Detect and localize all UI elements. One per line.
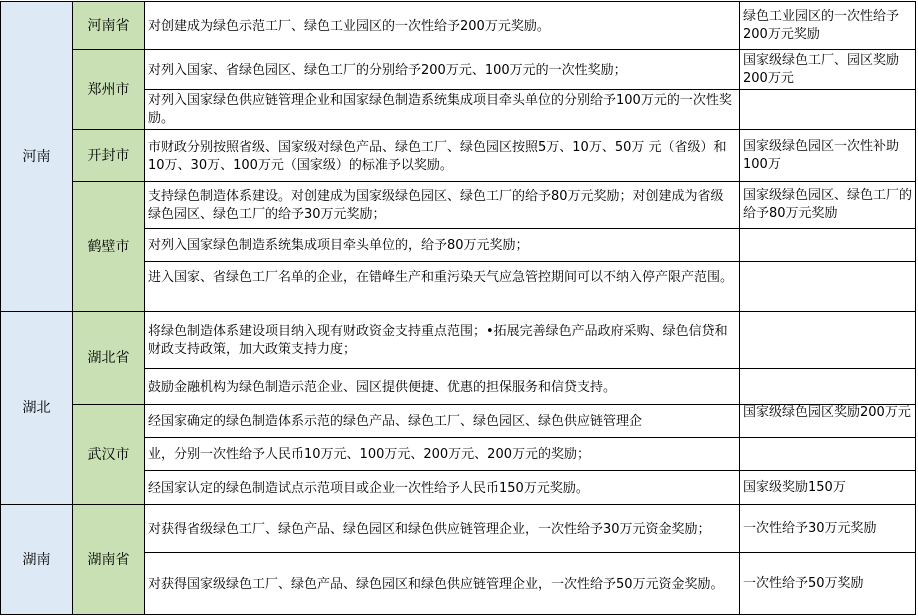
award-cell: 一次性给予30万元奖励 [740, 505, 916, 553]
policy-text: 对创建成为绿色示范工厂、绿色工业园区的一次性给予200万元奖励。 [148, 18, 550, 36]
award-text: 国家级奖励150万 [743, 479, 846, 497]
policy-cell: 进入国家、省绿色工厂名单的企业，在错峰生产和重污染天气应急管控期间可以不纳入停产… [145, 262, 740, 312]
award-cell: 国家级绿色工厂、园区奖励200万元 [740, 50, 916, 90]
city-label: 鹤壁市 [88, 238, 130, 256]
region-label: 湖北 [23, 399, 51, 417]
award-cell: 国家级绿色园区一次性补助100万 [740, 130, 916, 182]
award-text: 国家级绿色园区一次性补助100万 [743, 138, 912, 174]
policy-text: 经国家确定的绿色制造体系示范的绿色产品、绿色工厂、绿色园区、绿色供应链管理企 [148, 413, 642, 431]
award-text: 一次性给予50万奖励 [743, 575, 864, 593]
region-label: 湖南 [23, 551, 51, 569]
award-cell: 国家级绿色园区奖励200万元 [740, 405, 916, 438]
award-cell: 国家级绿色园区、绿色工厂的给予80万元奖励 [740, 182, 916, 229]
city-cell-zhengzhou: 郑州市 [73, 50, 145, 130]
policy-text: 经国家认定的绿色制造试点示范项目或企业一次性给予人民币150万元奖励。 [148, 480, 589, 498]
award-cell [740, 312, 916, 369]
policy-cell: 鼓励金融机构为绿色制造示范企业、园区提供便捷、优惠的担保服务和信贷支持。 [145, 369, 740, 405]
policy-cell: 对列入国家绿色供应链管理企业和国家绿色制造系统集成项目牵头单位的分别给予100万… [145, 90, 740, 130]
policy-cell: 经国家认定的绿色制造试点示范项目或企业一次性给予人民币150万元奖励。 [145, 471, 740, 505]
award-cell: 国家级奖励150万 [740, 471, 916, 505]
award-text: 国家级绿色园区、绿色工厂的给予80万元奖励 [743, 187, 912, 223]
region-cell-henan: 河南 [0, 1, 73, 312]
policy-cell: 对获得省级绿色工厂、绿色产品、绿色园区和绿色供应链管理企业，一次性给予30万元资… [145, 505, 740, 553]
policy-cell: 对列入国家绿色制造系统集成项目牵头单位的，给予80万元奖励； [145, 229, 740, 262]
award-text: 绿色工业园区的一次性给予200万元奖励 [743, 8, 912, 44]
award-cell: 绿色工业园区的一次性给予200万元奖励 [740, 1, 916, 50]
policy-text: 对获得省级绿色工厂、绿色产品、绿色园区和绿色供应链管理企业，一次性给予30万元资… [148, 521, 711, 539]
policy-cell: 业，分别一次性给予人民币10万元、100万元、200万元、200万元的奖励； [145, 438, 740, 471]
award-cell [740, 369, 916, 405]
city-label: 开封市 [88, 147, 130, 165]
region-cell-hubei: 湖北 [0, 312, 73, 505]
policy-text: 对列入国家、省绿色园区、绿色工厂的分别给予200万元、100万元的一次性奖励； [148, 62, 627, 80]
city-cell-hunan-province: 湖南省 [73, 505, 145, 615]
policy-cell: 市财政分别按照省级、国家级对绿色产品、绿色工厂、绿色园区按照5万、10万、50万… [145, 130, 740, 182]
award-cell: 一次性给予50万奖励 [740, 553, 916, 615]
policy-cell: 对创建成为绿色示范工厂、绿色工业园区的一次性给予200万元奖励。 [145, 1, 740, 50]
policy-text: 支持绿色制造体系建设。对创建成为国家级绿色园区、绿色工厂的给予80万元奖励；对创… [148, 188, 736, 224]
region-cell-hunan: 湖南 [0, 505, 73, 615]
region-label: 河南 [23, 148, 51, 166]
city-cell-hubei-province: 湖北省 [73, 312, 145, 405]
award-cell [740, 90, 916, 130]
policy-text: 市财政分别按照省级、国家级对绿色产品、绿色工厂、绿色园区按照5万、10万、50万… [148, 139, 736, 175]
award-cell [740, 438, 916, 471]
city-label: 郑州市 [88, 81, 130, 99]
city-cell-hebi: 鹤壁市 [73, 182, 145, 312]
city-label: 湖南省 [88, 551, 130, 569]
policy-cell: 将绿色制造体系建设项目纳入现有财政资金支持重点范围；•拓展完善绿色产品政府采购、… [145, 312, 740, 369]
policy-text: 进入国家、省绿色工厂名单的企业，在错峰生产和重污染天气应急管控期间可以不纳入停产… [148, 269, 733, 287]
award-text: 国家级绿色园区奖励200万元 [743, 405, 911, 420]
policy-text: 对列入国家绿色供应链管理企业和国家绿色制造系统集成项目牵头单位的分别给予100万… [148, 92, 736, 128]
policy-cell: 经国家确定的绿色制造体系示范的绿色产品、绿色工厂、绿色园区、绿色供应链管理企 [145, 405, 740, 438]
city-cell-kaifeng: 开封市 [73, 130, 145, 182]
policy-text: 鼓励金融机构为绿色制造示范企业、园区提供便捷、优惠的担保服务和信贷支持。 [148, 379, 616, 397]
policy-text: 对列入国家绿色制造系统集成项目牵头单位的，给予80万元奖励； [148, 237, 529, 255]
policy-text: 将绿色制造体系建设项目纳入现有财政资金支持重点范围；•拓展完善绿色产品政府采购、… [148, 323, 736, 359]
city-cell-henan-province: 河南省 [73, 1, 145, 50]
policy-text: 对获得国家级绿色工厂、绿色产品、绿色园区和绿色供应链管理企业，一次性给予50万元… [148, 576, 724, 594]
award-text: 一次性给予30万元奖励 [743, 520, 877, 538]
city-label: 武汉市 [88, 446, 130, 464]
award-text: 国家级绿色工厂、园区奖励200万元 [743, 52, 912, 88]
award-cell [740, 229, 916, 262]
city-cell-wuhan: 武汉市 [73, 405, 145, 505]
city-label: 河南省 [88, 17, 130, 35]
policy-cell: 支持绿色制造体系建设。对创建成为国家级绿色园区、绿色工厂的给予80万元奖励；对创… [145, 182, 740, 229]
city-label: 湖北省 [88, 349, 130, 367]
policy-cell: 对获得国家级绿色工厂、绿色产品、绿色园区和绿色供应链管理企业，一次性给予50万元… [145, 553, 740, 615]
policy-cell: 对列入国家、省绿色园区、绿色工厂的分别给予200万元、100万元的一次性奖励； [145, 50, 740, 90]
policy-text: 业，分别一次性给予人民币10万元、100万元、200万元、200万元的奖励； [148, 446, 590, 464]
policy-table: 河南 湖北 湖南 河南省 郑州市 开封市 鹤壁市 湖北省 武汉市 湖南省 对创建… [0, 1, 916, 614]
award-cell [740, 262, 916, 312]
